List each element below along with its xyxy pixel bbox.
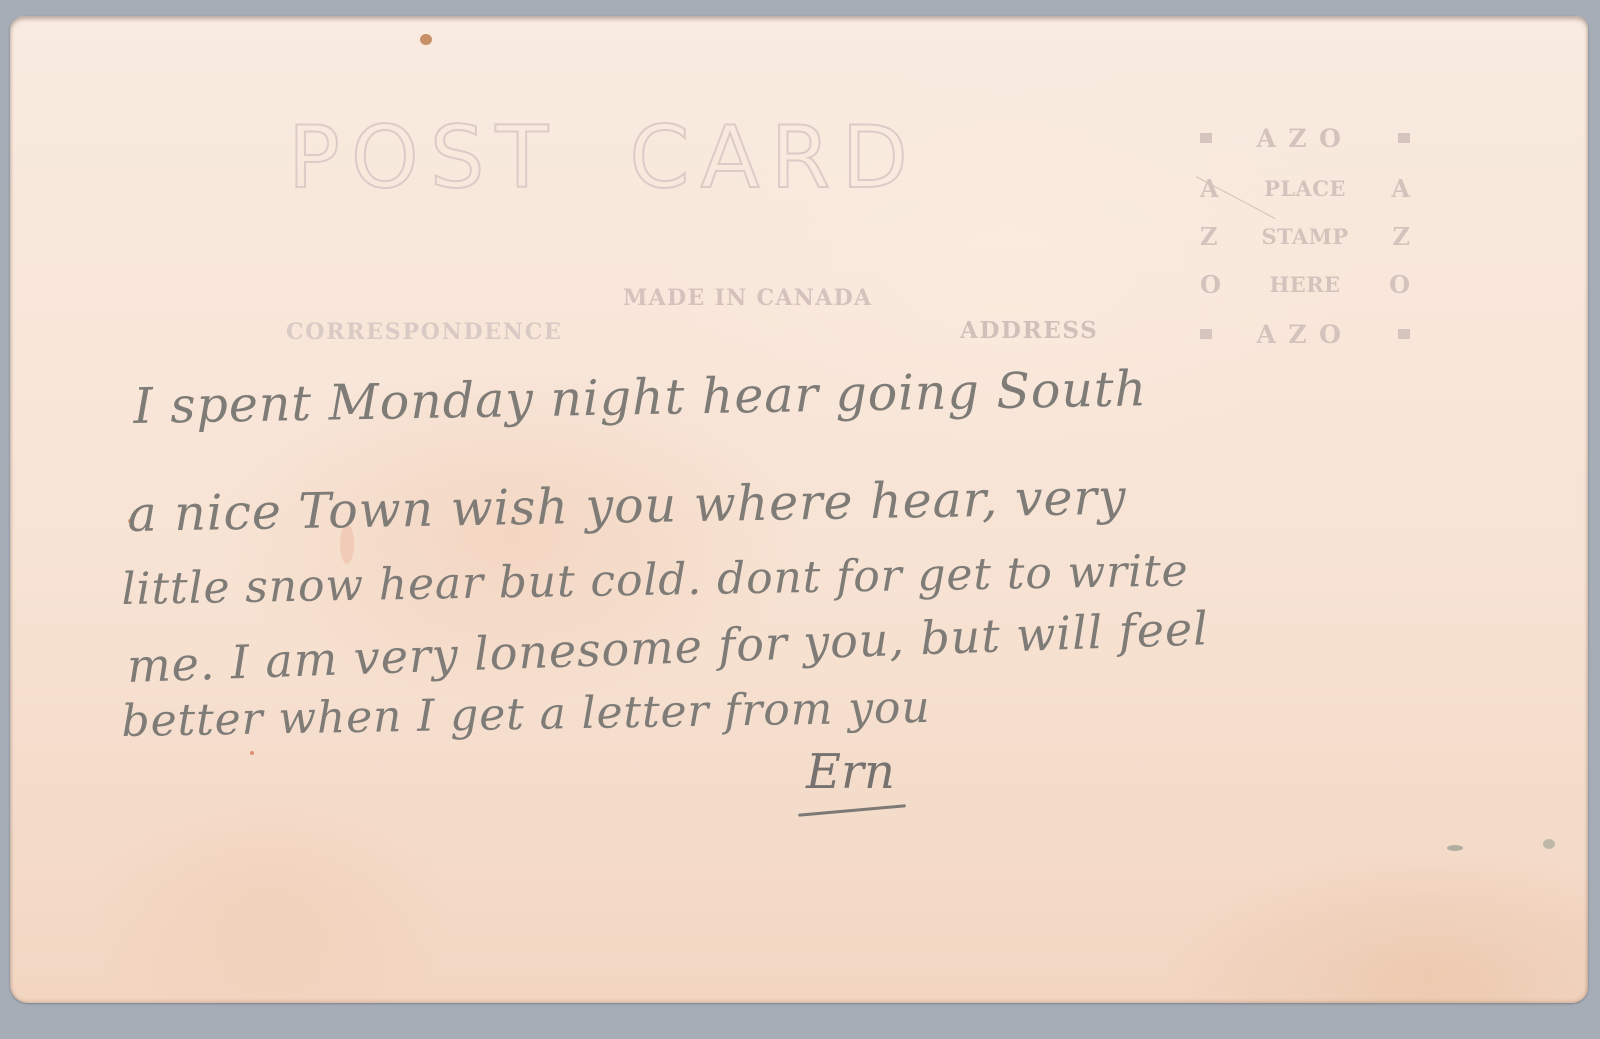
signature: Ern	[806, 744, 895, 800]
handwritten-message: I spent Monday night hear going South a …	[10, 16, 1588, 1003]
signature-underline	[798, 804, 906, 816]
message-line: better when I get a letter from you	[121, 682, 931, 747]
message-line: a nice Town wish you where hear, very	[127, 469, 1127, 543]
message-line: I spent Monday night hear going South	[133, 360, 1148, 435]
postcard-back: POSTCARD MADE IN CANADA CORRESPONDENCE A…	[10, 16, 1588, 1003]
message-line: little snow hear but cold. dont for get …	[121, 545, 1189, 615]
message-line: me. I am very lonesome for you, but will…	[126, 601, 1209, 693]
